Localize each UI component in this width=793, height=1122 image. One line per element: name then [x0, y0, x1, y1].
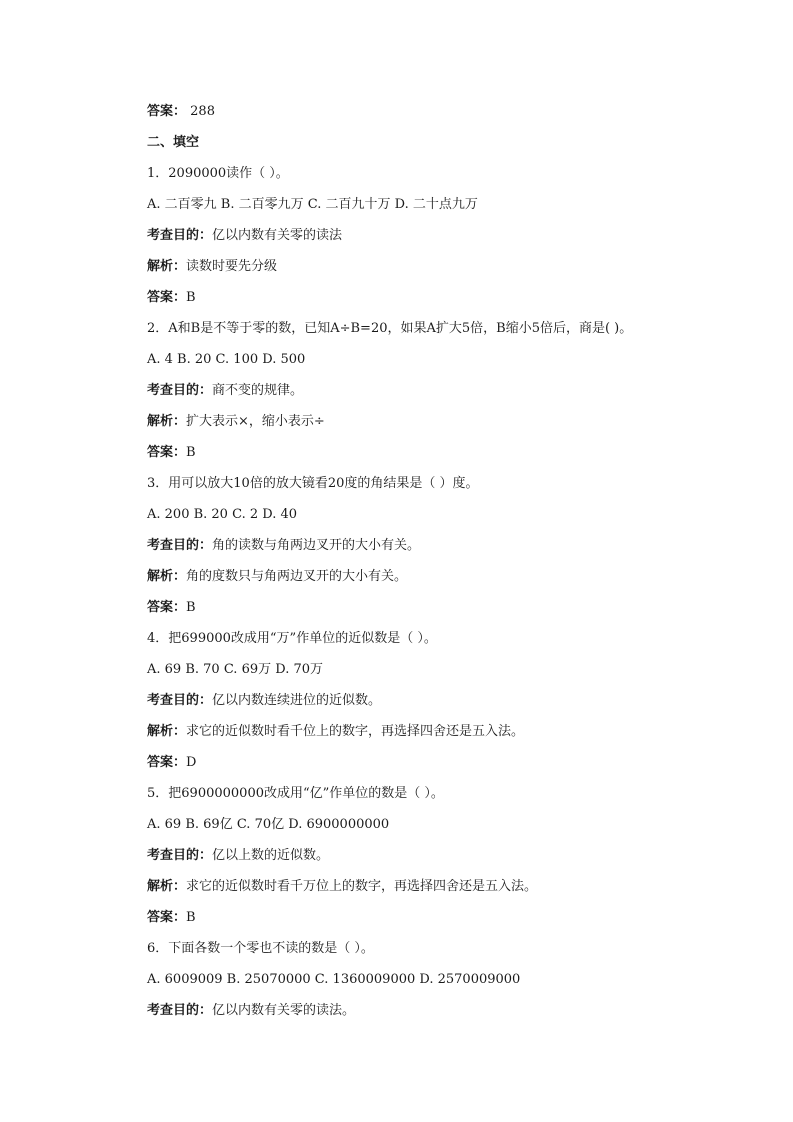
question-stem: 5．把6900000000改成用“亿”作单位的数是（ ）。	[147, 784, 707, 815]
question-options: A. 6009009 B. 25070000 C. 1360009000 D. …	[147, 970, 707, 1001]
purpose-label: 考查目的：	[147, 228, 212, 243]
answer-line: 答案：B	[147, 598, 707, 629]
answer-label: 答案：	[147, 755, 186, 770]
analysis-line: 解析：求它的近似数时看千万位上的数字，再选择四舍还是五入法。	[147, 877, 707, 908]
question-options: A. 4 B. 20 C. 100 D. 500	[147, 350, 707, 381]
purpose-label: 考查目的：	[147, 538, 212, 553]
purpose-label: 考查目的：	[147, 693, 212, 708]
question-options: A. 69 B. 70 C. 69万 D. 70万	[147, 660, 707, 691]
analysis-label: 解析：	[147, 414, 186, 429]
analysis-text: 读数时要先分级	[186, 259, 277, 274]
analysis-label: 解析：	[147, 569, 186, 584]
intro-answer-line: 答案： 288	[147, 102, 707, 133]
question-options: A. 69 B. 69亿 C. 70亿 D. 6900000000	[147, 815, 707, 846]
analysis-text: 求它的近似数时看千位上的数字，再选择四舍还是五入法。	[186, 724, 524, 739]
purpose-line: 考查目的：亿以内数有关零的读法。	[147, 1001, 707, 1032]
analysis-label: 解析：	[147, 879, 186, 894]
purpose-text: 商不变的规律。	[212, 383, 303, 398]
answer-label: 答案：	[147, 445, 186, 460]
answer-line: 答案：B	[147, 908, 707, 939]
purpose-text: 亿以上数的近似数。	[212, 848, 329, 863]
purpose-text: 亿以内数有关零的读法	[212, 228, 342, 243]
answer-line: 答案：B	[147, 443, 707, 474]
question-stem: 3．用可以放大10倍的放大镜看20度的角结果是（ ）度。	[147, 474, 707, 505]
answer-value: 288	[186, 104, 215, 119]
question-stem: 4．把699000改成用“万”作单位的近似数是（ ）。	[147, 629, 707, 660]
analysis-text: 角的度数只与角两边叉开的大小有关。	[186, 569, 407, 584]
answer-value: B	[186, 445, 196, 460]
purpose-text: 亿以内数有关零的读法。	[212, 1003, 355, 1018]
purpose-text: 角的读数与角两边叉开的大小有关。	[212, 538, 420, 553]
answer-line: 答案：D	[147, 753, 707, 784]
analysis-text: 求它的近似数时看千万位上的数字，再选择四舍还是五入法。	[186, 879, 537, 894]
answer-label: 答案：	[147, 600, 186, 615]
answer-value: B	[186, 290, 196, 305]
question-options: A. 二百零九 B. 二百零九万 C. 二百九十万 D. 二十点九万	[147, 195, 707, 226]
section-title: 二、填空	[147, 133, 707, 164]
question-stem: 6．下面各数一个零也不读的数是（ ）。	[147, 939, 707, 970]
analysis-line: 解析：扩大表示×，缩小表示÷	[147, 412, 707, 443]
purpose-label: 考查目的：	[147, 383, 212, 398]
answer-label: 答案：	[147, 910, 186, 925]
purpose-line: 考查目的：商不变的规律。	[147, 381, 707, 412]
answer-value: B	[186, 600, 196, 615]
analysis-text: 扩大表示×，缩小表示÷	[186, 414, 325, 429]
question-stem: 2．A和B是不等于零的数，已知A÷B=20，如果A扩大5倍，B缩小5倍后，商是(…	[147, 319, 707, 350]
answer-label: 答案：	[147, 104, 186, 119]
answer-line: 答案：B	[147, 288, 707, 319]
question-stem: 1．2090000读作（ ）。	[147, 164, 707, 195]
purpose-line: 考查目的：亿以上数的近似数。	[147, 846, 707, 877]
answer-value: B	[186, 910, 196, 925]
analysis-line: 解析：求它的近似数时看千位上的数字，再选择四舍还是五入法。	[147, 722, 707, 753]
purpose-text: 亿以内数连续进位的近似数。	[212, 693, 381, 708]
purpose-line: 考查目的：亿以内数连续进位的近似数。	[147, 691, 707, 722]
purpose-label: 考查目的：	[147, 1003, 212, 1018]
purpose-line: 考查目的：角的读数与角两边叉开的大小有关。	[147, 536, 707, 567]
answer-value: D	[186, 755, 196, 770]
document-page: 答案： 288 二、填空 1．2090000读作（ ）。 A. 二百零九 B. …	[147, 102, 707, 1032]
answer-label: 答案：	[147, 290, 186, 305]
purpose-label: 考查目的：	[147, 848, 212, 863]
analysis-label: 解析：	[147, 259, 186, 274]
analysis-line: 解析：读数时要先分级	[147, 257, 707, 288]
purpose-line: 考查目的：亿以内数有关零的读法	[147, 226, 707, 257]
question-options: A. 200 B. 20 C. 2 D. 40	[147, 505, 707, 536]
analysis-label: 解析：	[147, 724, 186, 739]
analysis-line: 解析：角的度数只与角两边叉开的大小有关。	[147, 567, 707, 598]
